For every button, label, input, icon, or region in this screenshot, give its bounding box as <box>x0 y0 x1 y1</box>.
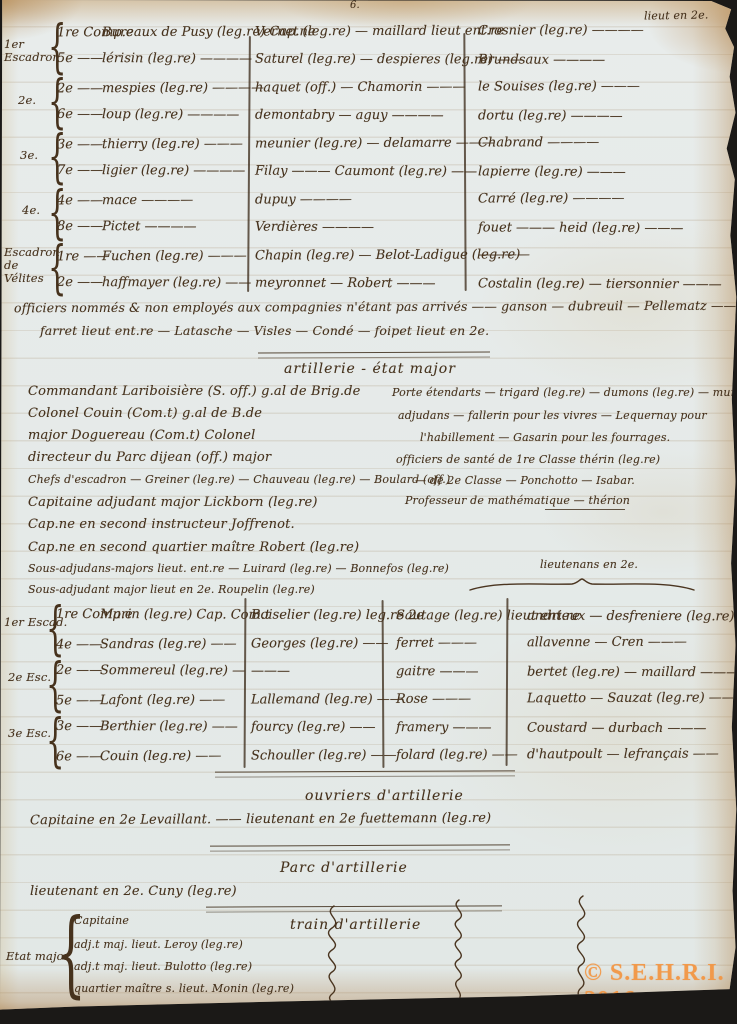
ouvriers-line: Capitaine en 2e Levaillant. —— lieutenan… <box>30 811 491 828</box>
cell-lieut-2: ——— <box>244 663 389 679</box>
cell-col3: Chabrand ———— <box>471 134 731 150</box>
cell-lieut: folard (leg.re) —— <box>389 747 520 763</box>
table-row: 2e ——mespies (leg.re) ————haquet (off.) … <box>0 72 731 101</box>
cell-lieut: framery ——— <box>389 720 520 735</box>
cell-capitaine: Marin (leg.re) Cap. Com.t <box>100 607 244 623</box>
company-number: 5e —— <box>56 693 100 708</box>
table-row: 8e ——Pictet ————Verdières ————fouet ——— … <box>0 213 731 242</box>
cell-lieut-2: Schouller (leg.re) —— <box>244 747 389 763</box>
cell-capitaine: Couin (leg.re) —— <box>100 748 244 764</box>
company-number: 4e —— <box>56 637 100 652</box>
company-number: 8e —— <box>57 218 102 233</box>
cell-lieutenants: Filay ——— Caumont (leg.re) —— <box>248 163 471 179</box>
staff-line: major Doguereau (Com.t) Colonel <box>28 428 255 443</box>
company-number: 2e —— <box>56 662 100 677</box>
parc-line: lieutenant en 2e. Cuny (leg.re) <box>30 884 237 899</box>
company-number: 5e —— <box>57 50 102 65</box>
cell-capitaine: Sandras (leg.re) —— <box>100 636 244 652</box>
cell-lieutenants: demontabry — aguy ———— <box>248 107 471 123</box>
cell-lieutenants: Verdières ———— <box>248 219 471 235</box>
cell-lieut: ferret ——— <box>389 635 520 651</box>
train-line: Capitaine <box>74 914 129 927</box>
staff-line: Chefs d'escadron — Greiner (leg.re) — Ch… <box>28 473 450 486</box>
table-row: 5e ——lérisin (leg.re) ————Saturel (leg.r… <box>0 45 731 74</box>
cell-lieut: Rose ——— <box>389 691 520 707</box>
cell-lieutenants: meunier (leg.re) — delamarre ——— <box>248 135 471 151</box>
table-row: 1re ——Fuchen (leg.re) ———Chapin (leg.re)… <box>0 240 731 269</box>
squiggle-mark <box>322 906 342 1004</box>
company-number: 2e —— <box>57 81 102 96</box>
cell-col3: dortu (leg.re) ———— <box>471 108 731 124</box>
table-row: 3e ——thierry (leg.re) ———meunier (leg.re… <box>0 128 731 157</box>
manuscript-paper: 6. lieut en 2e. 1er Escadron 2e. 3e. 4e.… <box>0 0 737 1024</box>
cell-lieut-en-2e: Laquetto — Sauzat (leg.re) —— <box>520 690 735 706</box>
cell-lieut-en-2e: allavenne — Cren ——— <box>520 634 731 650</box>
company-number: 2e —— <box>57 274 102 289</box>
cell-lieut: gaitre ——— <box>389 664 520 679</box>
cell-capitaine: Pictet ———— <box>102 219 248 235</box>
staff-line: Cap.ne en second quartier maître Robert … <box>28 540 359 555</box>
train-line: quartier maître s. lieut. Monin (leg.re) <box>74 982 294 995</box>
cell-lieutenants: meyronnet — Robert ——— <box>248 275 471 291</box>
cell-capitaine: Berthier (leg.re) —— <box>100 719 244 735</box>
company-number: 1re —— <box>57 249 102 264</box>
cell-capitaine: mace ———— <box>102 192 248 208</box>
cell-lieut: Sautage (leg.re) lieut ent.re <box>389 608 520 623</box>
table-row: 4e ——Sandras (leg.re) ——Georges (leg.re)… <box>0 628 731 657</box>
staff-line: Sous-adjudant major lieut en 2e. Roupeli… <box>28 583 315 596</box>
staff-line: Commandant Lariboisière (S. off.) g.al d… <box>28 384 360 399</box>
officers-note-line1: officiers nommés & non employés aux comp… <box>14 298 736 316</box>
table-row: 5e ——Lafont (leg.re) ——Lallemand (leg.re… <box>0 684 731 713</box>
cell-capitaine: thierry (leg.re) ——— <box>102 136 248 152</box>
cell-lieut-2: Georges (leg.re) —— <box>244 635 389 651</box>
staff-line: l'habillement — Gasarin pour les fourrag… <box>420 431 670 444</box>
table-row: 6e ——loup (leg.re) ————demontabry — aguy… <box>0 101 731 130</box>
roster2-over-label: lieutenans en 2e. <box>540 558 638 571</box>
cell-col3: lapierre (leg.re) ——— <box>471 164 731 180</box>
staff-line: Professeur de mathématique — thérion <box>405 494 630 507</box>
cell-col3: le Souises (leg.re) ——— <box>471 78 731 94</box>
cell-lieutenants: Chapin (leg.re) — Belot-Ladigue (leg.re) <box>248 247 471 263</box>
cell-lieut-en-2e: bertet (leg.re) — maillard ——— <box>520 664 737 680</box>
scanned-document-page: { "colors": { "ink": "#46321d", "paper":… <box>0 0 737 1024</box>
cell-lieutenants: dupuy ———— <box>248 191 471 207</box>
company-number: 3e —— <box>56 718 100 733</box>
cell-lieut-2: Lallemand (leg.re) —— <box>244 691 389 707</box>
watermark: © S.E.H.R.I. 2016 <box>584 960 737 1014</box>
company-number: 6e —— <box>56 749 100 764</box>
staff-line: Cap.ne en second instructeur Joffrenot. <box>28 517 295 532</box>
cell-lieutenants: Saturel (leg.re) — despieres (leg.re) —— <box>248 51 471 67</box>
staff-line: Sous-adjudans-majors lieut. ent.re — Lui… <box>28 562 449 575</box>
section-divider <box>215 770 515 777</box>
page-number: 6. <box>350 0 360 11</box>
company-number: 4e —— <box>57 193 102 208</box>
company-number: 7e —— <box>57 162 102 177</box>
cell-col3: Brundsaux ———— <box>471 52 731 68</box>
table-row: 1re Comp.eMarin (leg.re) Cap. Com.tBoise… <box>0 601 731 630</box>
cell-col3: fouet ——— heid (leg.re) ——— <box>471 220 731 236</box>
cell-col3: ———— <box>471 246 731 262</box>
cell-capitaine: ligier (leg.re) ———— <box>102 163 248 179</box>
train-line: adj.t maj. lieut. Leroy (leg.re) <box>74 938 243 951</box>
horizontal-brace <box>468 578 696 592</box>
company-number: 1re Comp.e <box>56 606 100 621</box>
staff-line: directeur du Parc dijean (off.) major <box>28 450 271 465</box>
cell-col3: Carré (leg.re) ———— <box>471 190 731 206</box>
cell-capitaine: loup (leg.re) ———— <box>102 107 248 123</box>
staff-line: Porte étendarts — trigard (leg.re) — dum… <box>392 386 737 399</box>
cell-lieut-2: Boiselier (leg.re) leg.re 2e <box>244 607 389 623</box>
cell-col3: Crosnier (leg.re) ———— <box>471 22 731 38</box>
cell-lieut-en-2e: andrieux — desfreniere (leg.re) <box>520 608 735 624</box>
cell-col3: Costalin (leg.re) — tiersonnier ——— <box>471 276 731 292</box>
staff-line: officiers de santé de 1re Classe thérin … <box>396 453 660 466</box>
cell-lieut-en-2e: d'hautpoult — lefrançais —— <box>520 746 731 762</box>
table-row: 6e ——Couin (leg.re) ——Schouller (leg.re)… <box>0 740 731 769</box>
officers-note-line2: farret lieut ent.re — Latasche — Visles … <box>40 323 489 338</box>
squiggle-mark <box>448 900 468 1004</box>
staff-line: Colonel Couin (Com.t) g.al de B.de <box>28 406 262 421</box>
table-row: 2e ——Sommereul (leg.re) ————gaitre ———be… <box>0 657 731 686</box>
cell-capitaine: mespies (leg.re) ———— <box>102 80 248 96</box>
company-number: 3e —— <box>57 137 102 152</box>
cell-lieut-2: fourcy (leg.re) —— <box>244 719 389 735</box>
table-row: 3e ——Berthier (leg.re) ——fourcy (leg.re)… <box>0 713 731 742</box>
cell-lieut-en-2e: Coustard — durbach ——— <box>520 720 731 736</box>
train-heading: train d'artillerie <box>290 917 421 933</box>
cell-capitaine: haffmayer (leg.re) —— <box>102 275 248 291</box>
underline-mark <box>545 509 625 512</box>
table-row: 4e ——mace ————dupuy ————Carré (leg.re) —… <box>0 184 731 213</box>
artillerie-heading: artillerie - état major <box>284 361 456 377</box>
table-row: 7e ——ligier (leg.re) ————Filay ——— Caumo… <box>0 157 731 186</box>
company-number: 1re Comp.e <box>57 25 102 40</box>
cell-capitaine: Bureaux de Pusy (leg.re) Cap.ne <box>102 24 248 40</box>
table-row: 2e ——haffmayer (leg.re) ——meyronnet — Ro… <box>0 269 731 298</box>
section-divider <box>210 844 510 851</box>
ouvriers-heading: ouvriers d'artillerie <box>305 788 464 804</box>
staff-line: Capitaine adjudant major Lickborn (leg.r… <box>28 495 318 510</box>
parc-heading: Parc d'artillerie <box>280 860 408 876</box>
cell-lieutenants: haquet (off.) — Chamorin ——— <box>248 79 471 95</box>
cell-lieutenants: Vernet (leg.re) — maillard lieut ent.re <box>248 23 471 39</box>
staff-line: adjudans — fallerin pour les vivres — Le… <box>398 409 707 422</box>
cell-capitaine: Lafont (leg.re) —— <box>100 692 244 708</box>
table-row: 1re Comp.eBureaux de Pusy (leg.re) Cap.n… <box>0 16 731 45</box>
staff-line: — de 2e Classe — Ponchotto — Isabar. <box>415 474 635 487</box>
cell-capitaine: Fuchen (leg.re) ——— <box>102 248 248 264</box>
cell-capitaine: Sommereul (leg.re) — <box>100 663 244 679</box>
company-number: 6e —— <box>57 106 102 121</box>
cell-capitaine: lérisin (leg.re) ———— <box>102 51 248 67</box>
train-line: adj.t maj. lieut. Bulotto (leg.re) <box>74 960 252 973</box>
section-divider <box>258 351 490 358</box>
